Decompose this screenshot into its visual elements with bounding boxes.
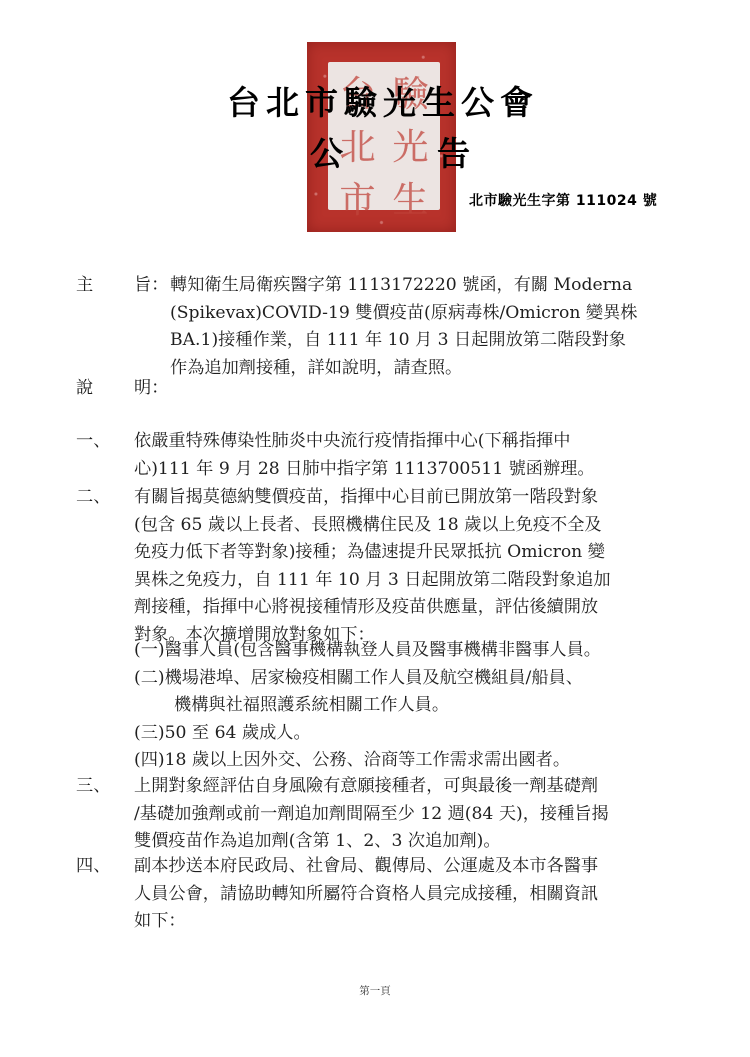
organization-title: 台北市驗光生公會: [0, 77, 750, 124]
item-line: /基礎加強劑或前一劑追加劑間隔至少 12 週(84 天)，接種旨揭: [134, 801, 704, 829]
eligible-group-2: (二)機場港埠、居家檢疫相關工作人員及航空機組員/船員、 機構與社福照護系統相關…: [134, 665, 704, 720]
item-line: 副本抄送本府民政局、社會局、觀傳局、公運處及本市各醫事: [134, 853, 704, 881]
notice-title-right: 告: [437, 128, 470, 175]
document-page: 台 北 市 驗 光 生 台北市驗光生公會 公 告 北市驗光生字第 111024 …: [0, 0, 750, 1057]
subject-line: (Spikevax)COVID-19 雙價疫苗(原病毒株/Omicron 變異株: [170, 300, 690, 328]
subject-label-second-char: 旨：: [134, 272, 168, 300]
page-number: 第一頁: [0, 983, 750, 998]
item-line: 人員公會，請協助轉知所屬符合資格人員完成接種，相關資訊: [134, 881, 704, 909]
item-number: 三、: [76, 773, 110, 801]
sub-item-line: 機構與社福照護系統相關工作人員。: [134, 692, 704, 720]
item-line: 劑接種，指揮中心將視接種情形及疫苗供應量，評估後續開放: [134, 594, 704, 622]
eligible-group-3: (三)50 至 64 歲成人。: [134, 720, 704, 748]
notice-title-left: 公: [310, 128, 343, 175]
item-body: 副本抄送本府民政局、社會局、觀傳局、公運處及本市各醫事 人員公會，請協助轉知所屬…: [134, 853, 704, 936]
explanation-label-second-char: 明：: [134, 375, 168, 403]
subject-line: 轉知衛生局衛疾醫字第 1113172220 號函，有關 Moderna: [170, 272, 690, 300]
explanation-label-first-char: 說: [76, 375, 93, 403]
item-line: 心)111 年 9 月 28 日肺中指字第 1113700511 號函辦理。: [134, 456, 704, 484]
item-line: 異株之免疫力，自 111 年 10 月 3 日起開放第二階段對象追加: [134, 567, 704, 595]
subject-body: 轉知衛生局衛疾醫字第 1113172220 號函，有關 Moderna (Spi…: [170, 272, 690, 382]
subject-line: BA.1)接種作業，自 111 年 10 月 3 日起開放第二階段對象: [170, 327, 690, 355]
item-line: 依嚴重特殊傳染性肺炎中央流行疫情指揮中心(下稱指揮中: [134, 428, 704, 456]
seal-glyph: 市: [332, 172, 383, 223]
seal-glyph: 生: [385, 172, 436, 223]
item-body: 依嚴重特殊傳染性肺炎中央流行疫情指揮中心(下稱指揮中 心)111 年 9 月 2…: [134, 428, 704, 483]
item-body: 上開對象經評估自身風險有意願接種者，可與最後一劑基礎劑 /基礎加強劑或前一劑追加…: [134, 773, 704, 856]
eligible-group-4: (四)18 歲以上因外交、公務、洽商等工作需求需出國者。: [134, 747, 704, 775]
sub-item-line: (四)18 歲以上因外交、公務、洽商等工作需求需出國者。: [134, 747, 704, 775]
sub-item-line: (三)50 至 64 歲成人。: [134, 720, 704, 748]
sub-item-line: (一)醫事人員(包含醫事機構執登人員及醫事機構非醫事人員。: [134, 637, 704, 665]
eligible-groups-list: (一)醫事人員(包含醫事機構執登人員及醫事機構非醫事人員。 (二)機場港埠、居家…: [134, 637, 704, 775]
item-number: 二、: [76, 484, 110, 512]
subject-label-first-char: 主: [76, 272, 93, 300]
item-line: 如下：: [134, 908, 704, 936]
sub-item-line: (二)機場港埠、居家檢疫相關工作人員及航空機組員/船員、: [134, 665, 704, 693]
item-line: 雙價疫苗作為追加劑(含第 1、2、3 次追加劑)。: [134, 828, 704, 856]
notice-title: 公 告: [310, 128, 470, 175]
item-number: 一、: [76, 428, 110, 456]
item-line: 免疫力低下者等對象)接種；為儘速提升民眾抵抗 Omicron 變: [134, 539, 704, 567]
eligible-group-1: (一)醫事人員(包含醫事機構執登人員及醫事機構非醫事人員。: [134, 637, 704, 665]
item-line: 有關旨揭莫德納雙價疫苗，指揮中心目前已開放第一階段對象: [134, 484, 704, 512]
item-body: 有關旨揭莫德納雙價疫苗，指揮中心目前已開放第一階段對象 (包含 65 歲以上長者…: [134, 484, 704, 650]
item-line: (包含 65 歲以上長者、長照機構住民及 18 歲以上免疫不全及: [134, 512, 704, 540]
subject-line: 作為追加劑接種，詳如說明，請查照。: [170, 355, 690, 383]
document-number: 北市驗光生字第 111024 號: [469, 190, 657, 210]
item-number: 四、: [76, 853, 110, 881]
item-line: 上開對象經評估自身風險有意願接種者，可與最後一劑基礎劑: [134, 773, 704, 801]
